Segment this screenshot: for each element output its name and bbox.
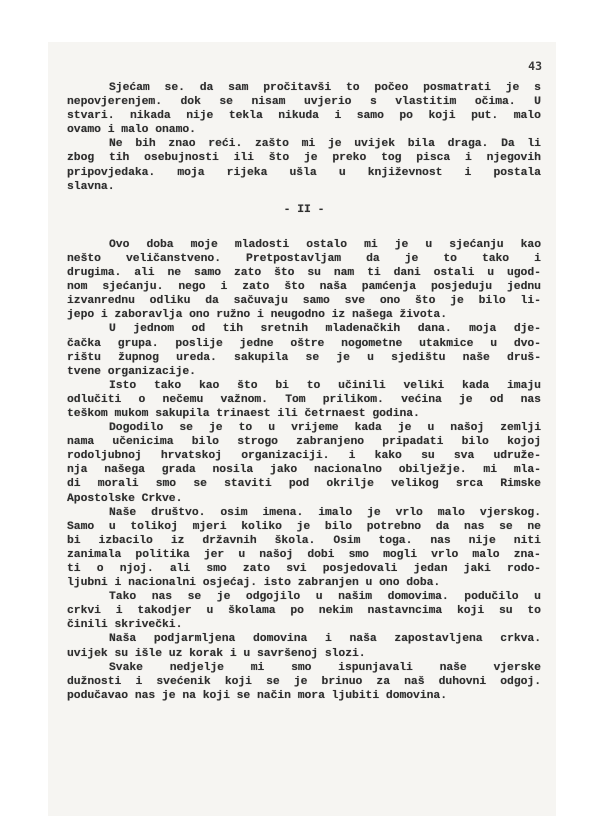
text-line: Našedruštvo.osimimena.imalojevrlomalovje… [67,506,541,520]
text-line: dimoralismosestavitipodokriljevelikogsrc… [67,477,541,491]
text-line: Sjećamse.dasampročitavšitopočeoposmatrat… [67,81,541,95]
text-line: Samoutolikojmjerikolikojebilopotrebnodan… [67,520,541,534]
paragraph: Ovodobamojemladostiostalomijeusjećanjuka… [67,238,541,323]
scanned-page: 43 Sjećamse.dasampročitavšitopočeoposmat… [48,42,556,816]
text-before-heading: Sjećamse.dasampročitavšitopočeoposmatrat… [67,81,541,194]
paragraph: Našapodjarmljenadomovinainašazapostavlje… [67,632,541,660]
text-line: uvijek su išle uz korak i u savršenoj sl… [67,647,541,661]
text-line: ovamo i malo onamo. [67,123,541,137]
text-line: Nebihznaoreći.zaštomijeuvijekbiladraga.D… [67,137,541,151]
paragraph: Našedruštvo.osimimena.imalojevrlomalovje… [67,506,541,591]
text-line: odlučitionečemuvažnom.Tomprilikom.većina… [67,393,541,407]
text-line: Istotakokaoštobitoučinilivelikikadaimaju [67,379,541,393]
paragraph: Takonassejeodgojilounašimdomovima.poduči… [67,590,541,632]
text-line: Ujednomodtihsretnihmladenačkihdana.mojad… [67,322,541,336]
text-line: drugima.alinesamozatoštosunamtidaniostal… [67,266,541,280]
text-line: njanašegagradanosilajakonacionalnoobilje… [67,463,541,477]
text-line: podučavao nas je na koji se način mora l… [67,689,541,703]
text-line: zbogtihosebujnostiilištojeprekotogpiscai… [67,151,541,165]
text-line: tionjoj.alismozatosviposjedovalijedanjak… [67,562,541,576]
section-heading: - II - [67,203,541,217]
paragraph: Dogodilosejetouvrijemekadajeunašojzemlji… [67,421,541,506]
text-after-heading: Ovodobamojemladostiostalomijeusjećanjuka… [67,238,541,703]
text-line: činili skrivečki. [67,618,541,632]
text-line: neštoveličanstveno.Pretpostavljamdajetot… [67,252,541,266]
page-body: Sjećamse.dasampročitavšitopočeoposmatrat… [67,81,541,703]
text-line: crkviitakodjeruškolamaponekimnastavncima… [67,604,541,618]
paragraph: Ujednomodtihsretnihmladenačkihdana.mojad… [67,322,541,378]
page-number: 43 [528,59,542,73]
text-line: nomsjećanju.negoizatoštonašapamćenjaposj… [67,280,541,294]
text-line: čačkagrupa.poslijejedneoštrenogometneuta… [67,337,541,351]
text-line: Takonassejeodgojilounašimdomovima.poduči… [67,590,541,604]
text-line: stvari.nikadanijeteklanikudaisamopokojip… [67,109,541,123]
paragraph: Nebihznaoreći.zaštomijeuvijekbiladraga.D… [67,137,541,193]
text-line: pripovjedaka.mojarijekaušlauknjiževnosti… [67,166,541,180]
text-line: rištužupnogureda.sakupilasejeusjedištuna… [67,351,541,365]
text-line: Našapodjarmljenadomovinainašazapostavlje… [67,632,541,646]
text-line: nepovjerenjem.doksenisamuvjeriosvlastiti… [67,95,541,109]
text-line: Dogodilosejetouvrijemekadajeunašojzemlji [67,421,541,435]
text-line: rodoljubnojhrvatskojorganizaciji.ikakosu… [67,449,541,463]
text-line: ljubni i nacionalni osjećaj. isto zabran… [67,576,541,590]
text-line: namaučenicimabilostrogozabranjenopripada… [67,435,541,449]
text-line: Apostolske Crkve. [67,492,541,506]
text-line: Svakenedjeljemismoispunjavalinaševjerske [67,661,541,675]
text-line: izvanrednuodlikudasačuvajusamosveonoštoj… [67,294,541,308]
text-line: biizbaciloizdržavnihškola.Osimtoga.nasni… [67,534,541,548]
text-line: jepo i zaboravlja ono ružno i neugodno i… [67,308,541,322]
paragraph: Svakenedjeljemismoispunjavalinaševjerske… [67,661,541,703]
text-line: tvene organizacije. [67,365,541,379]
text-line: Ovodobamojemladostiostalomijeusjećanjuka… [67,238,541,252]
text-line: zanimalapolitikajerunašojdobismomoglivrl… [67,548,541,562]
paragraph: Sjećamse.dasampročitavšitopočeoposmatrat… [67,81,541,137]
text-line: dužnostiisvećenikkojisejebrinuozanašduho… [67,675,541,689]
paragraph: Istotakokaoštobitoučinilivelikikadaimaju… [67,379,541,421]
text-line: slavna. [67,180,541,194]
text-line: teškom mukom sakupila trinaest ili četrn… [67,407,541,421]
